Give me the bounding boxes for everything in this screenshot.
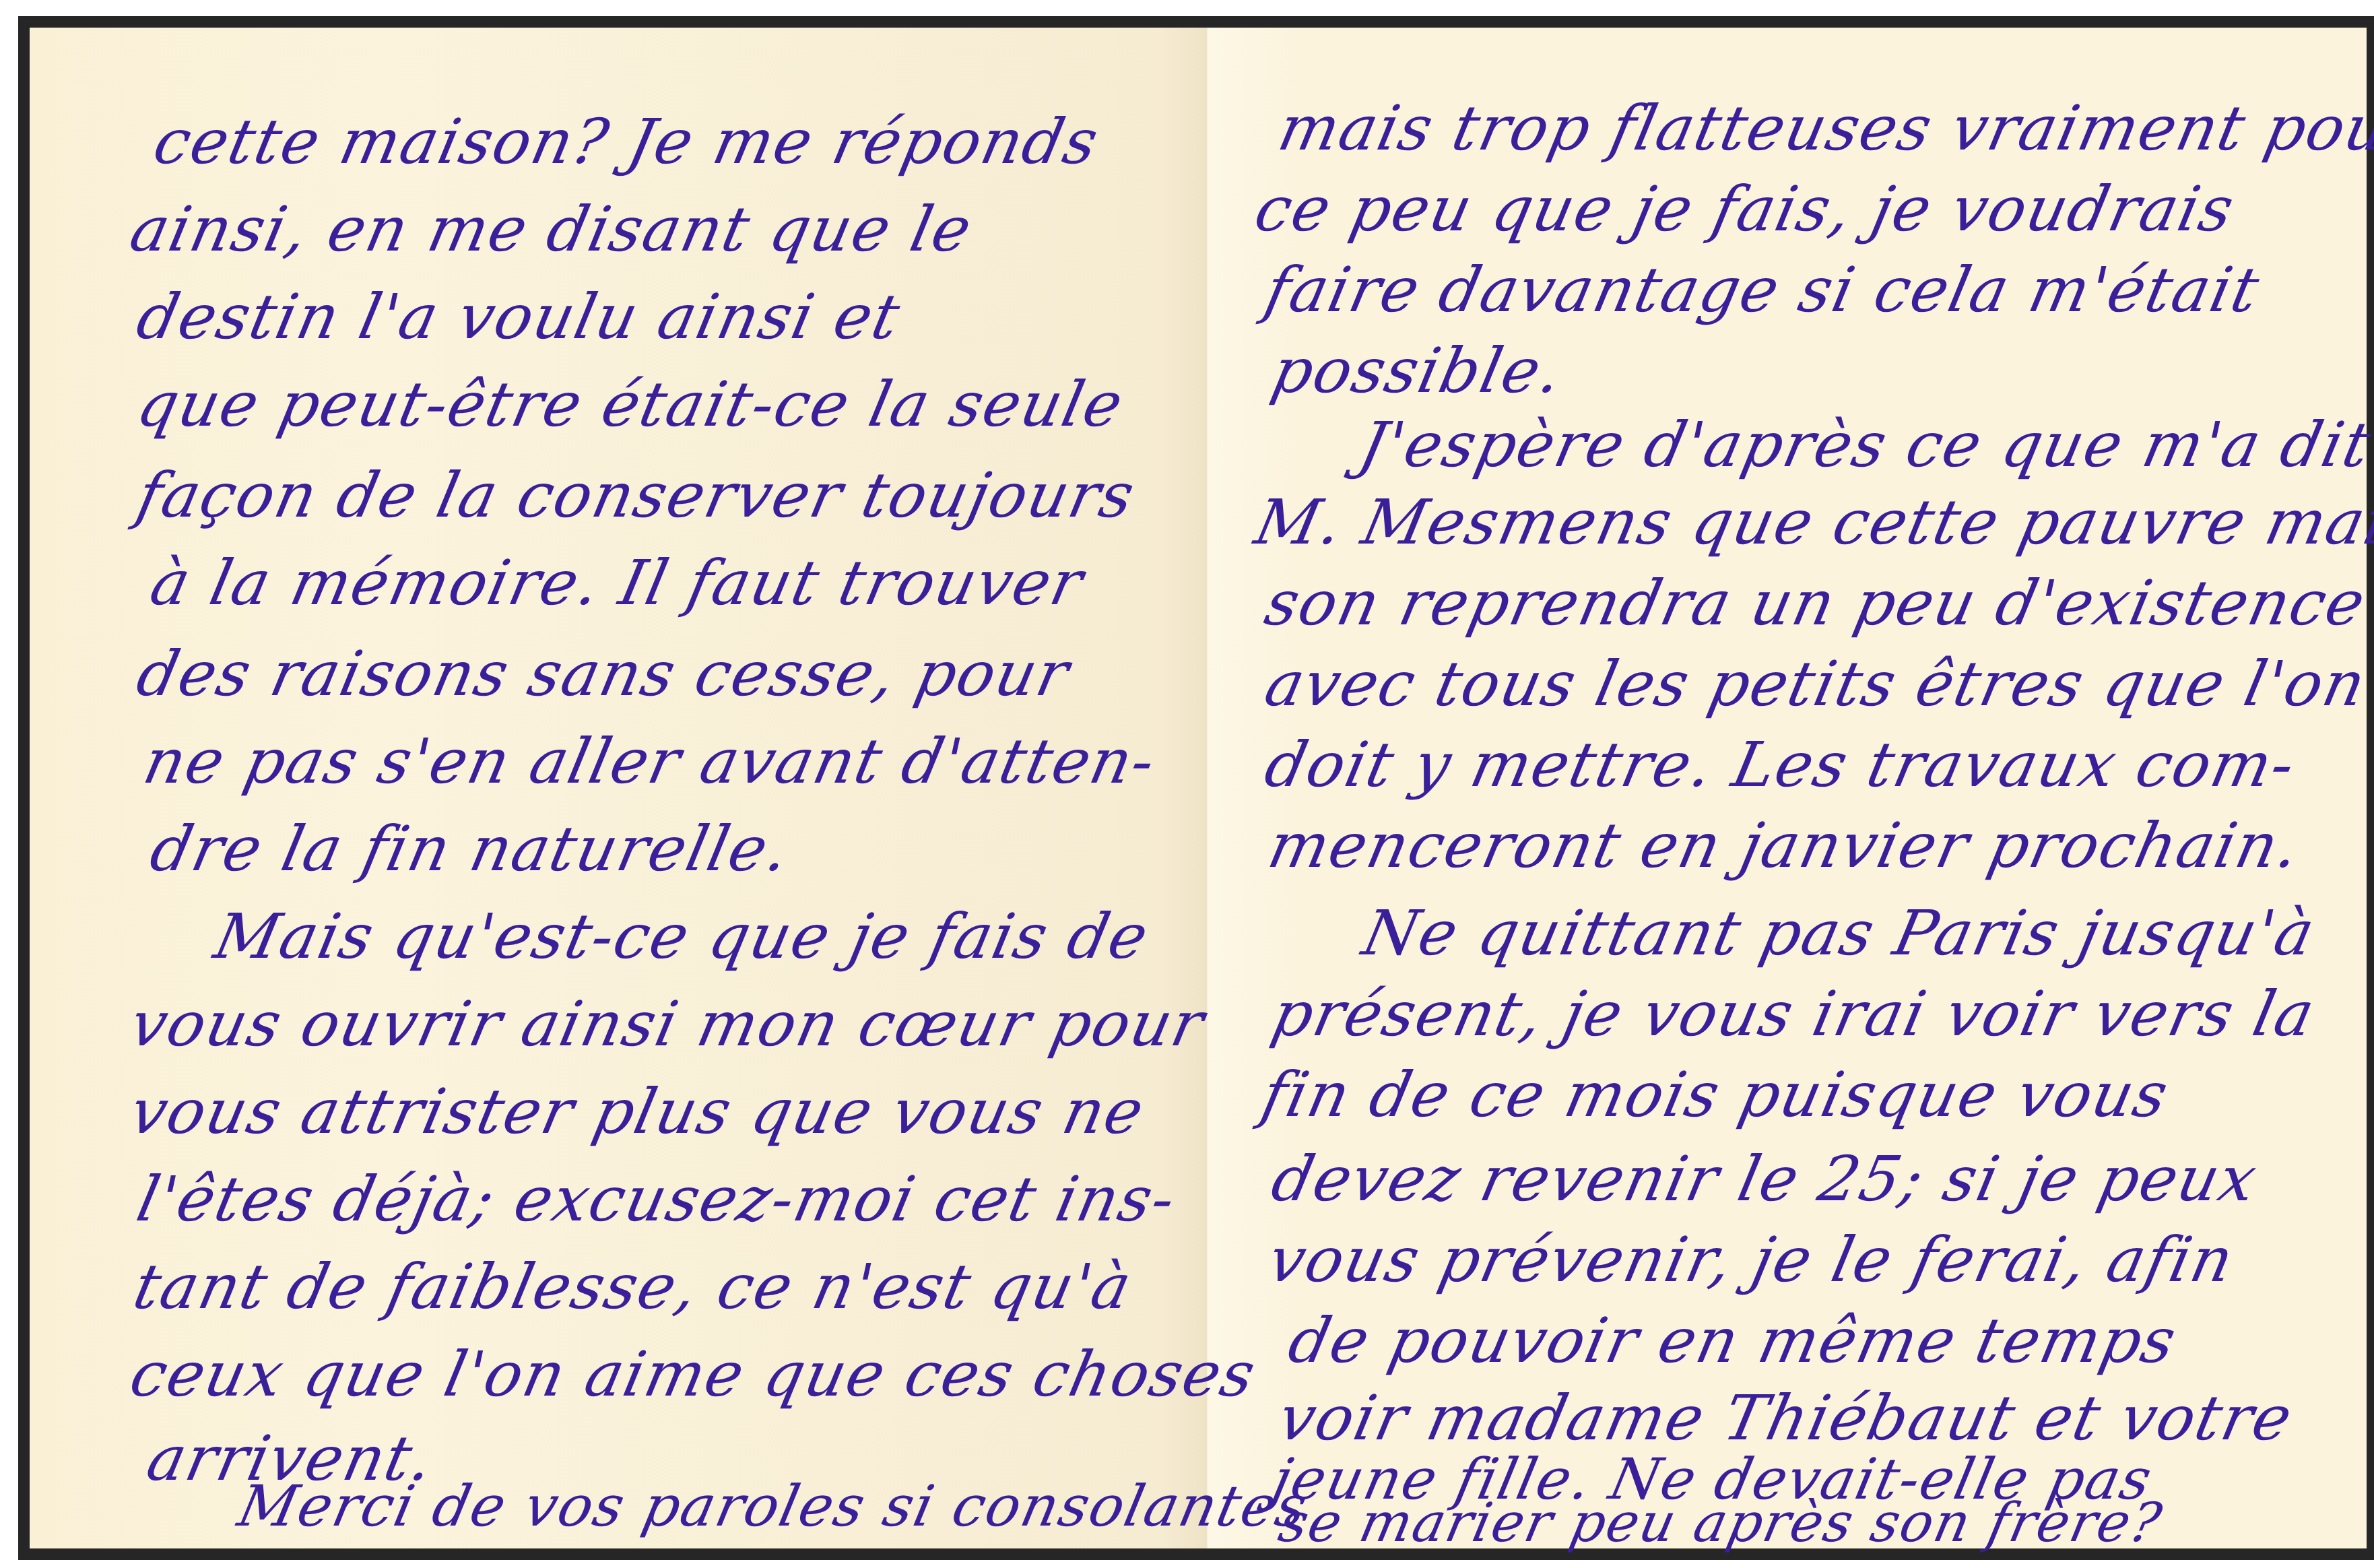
handwritten-line: ainsi, en me disant que le [124,193,979,267]
handwritten-line: l'êtes déjà; excusez-moi cet ins- [131,1163,1183,1237]
handwritten-line: possible. [1265,334,1570,408]
handwritten-line: devez revenir le 25; si je peux [1265,1142,2264,1216]
handwritten-line: façon de la conserver toujours [131,459,1142,533]
handwritten-line: vous ouvrir ainsi mon cœur pour [124,987,1212,1061]
handwritten-line: avec tous les petits êtres que l'on [1259,647,2373,721]
handwritten-line: M. Mesmens que cette pauvre mai- [1249,486,2374,560]
handwritten-line: des raisons sans cesse, pour [131,637,1076,711]
handwritten-line: Mais qu'est-ce que je fais de [208,900,1156,974]
letter-sheet: cette maison? Je me réponds ainsi, en me… [18,16,2374,1560]
handwritten-line: vous attrister plus que vous ne [124,1075,1151,1149]
handwritten-line: ne pas s'en aller avant d'atten- [137,725,1162,799]
handwritten-line: ce peu que je fais, je voudrais [1249,172,2241,247]
handwritten-line: dre la fin naturelle. [144,812,797,886]
handwritten-line: Merci de vos paroles si consolantes [232,1469,1315,1543]
handwritten-line: destin l'a voulu ainsi et [131,280,907,354]
handwritten-line: de pouvoir en même temps [1282,1304,2183,1378]
handwritten-line: son reprendra un peu d'existence [1259,566,2373,641]
left-page: cette maison? Je me réponds ainsi, en me… [30,28,1207,1548]
handwritten-line: faire davantage si cela m'était [1259,253,2266,327]
handwritten-line: J'espère d'après ce que m'a dit [1353,408,2374,482]
handwritten-line: présent, je vous irai voir vers la [1265,977,2321,1051]
handwritten-line: que peut-être était-ce la seule [131,368,1130,442]
right-page: mais trop flatteuses vraiment pour ce pe… [1208,28,2367,1548]
handwritten-line: doit y mettre. Les travaux com- [1259,728,2302,802]
handwritten-line: Ne quittant pas Paris jusqu'à [1356,896,2321,971]
handwritten-line: fin de ce mois puisque vous [1255,1058,2175,1132]
handwritten-line: mais trop flatteuses vraiment pour [1272,92,2374,166]
handwritten-line: cette maison? Je me réponds [147,105,1105,179]
handwritten-line: ceux que l'on aime que ces choses [124,1338,1263,1412]
handwritten-line: à la mémoire. Il faut trouver [144,546,1090,620]
handwritten-line: menceront en janvier prochain. [1262,809,2307,883]
handwritten-line: tant de faiblesse, ce n'est qu'à [127,1250,1139,1324]
handwritten-line: se marier peu après son frère? [1272,1486,2169,1560]
handwritten-line: vous prévenir, je le ferai, afin [1262,1223,2241,1297]
